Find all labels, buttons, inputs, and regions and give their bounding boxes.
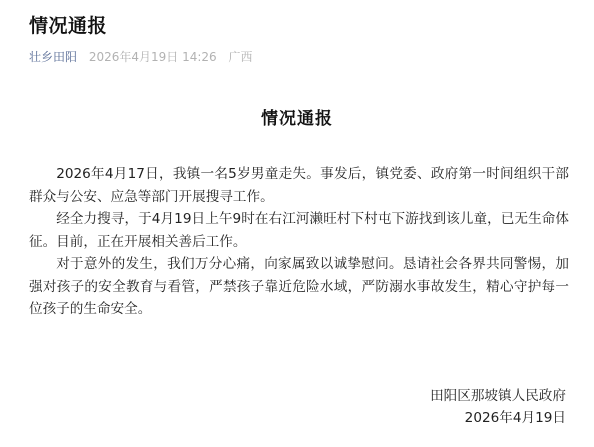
notice-title: 情况通报 [0,106,594,132]
notice-paragraph: 经全力搜寻，于4月19日上午9时在右江河濑旺村下村屯下游找到该儿童，已无生命体征… [29,208,569,253]
article-meta: 壮乡田阳 2026年4月19日 14:26 广西 [29,49,253,65]
signature-date: 2026年4月19日 [430,407,566,429]
notice-paragraph: 2026年4月17日，我镇一名5岁男童走失。事发后，镇党委、政府第一时间组织干部… [29,163,569,208]
article-title: 情况通报 [29,13,107,39]
notice-body: 2026年4月17日，我镇一名5岁男童走失。事发后，镇党委、政府第一时间组织干部… [29,163,569,321]
signature-issuer: 田阳区那坡镇人民政府 [430,385,566,407]
notice-signature: 田阳区那坡镇人民政府 2026年4月19日 [430,385,566,429]
article-page: 情况通报 壮乡田阳 2026年4月19日 14:26 广西 情况通报 2026年… [0,0,594,447]
publish-location: 广西 [229,50,253,64]
publish-date: 2026年4月19日 14:26 [89,50,217,64]
account-name-link[interactable]: 壮乡田阳 [29,50,77,64]
notice-paragraph: 对于意外的发生，我们万分心痛，向家属致以诚挚慰问。恳请社会各界共同警惕，加强对孩… [29,253,569,321]
